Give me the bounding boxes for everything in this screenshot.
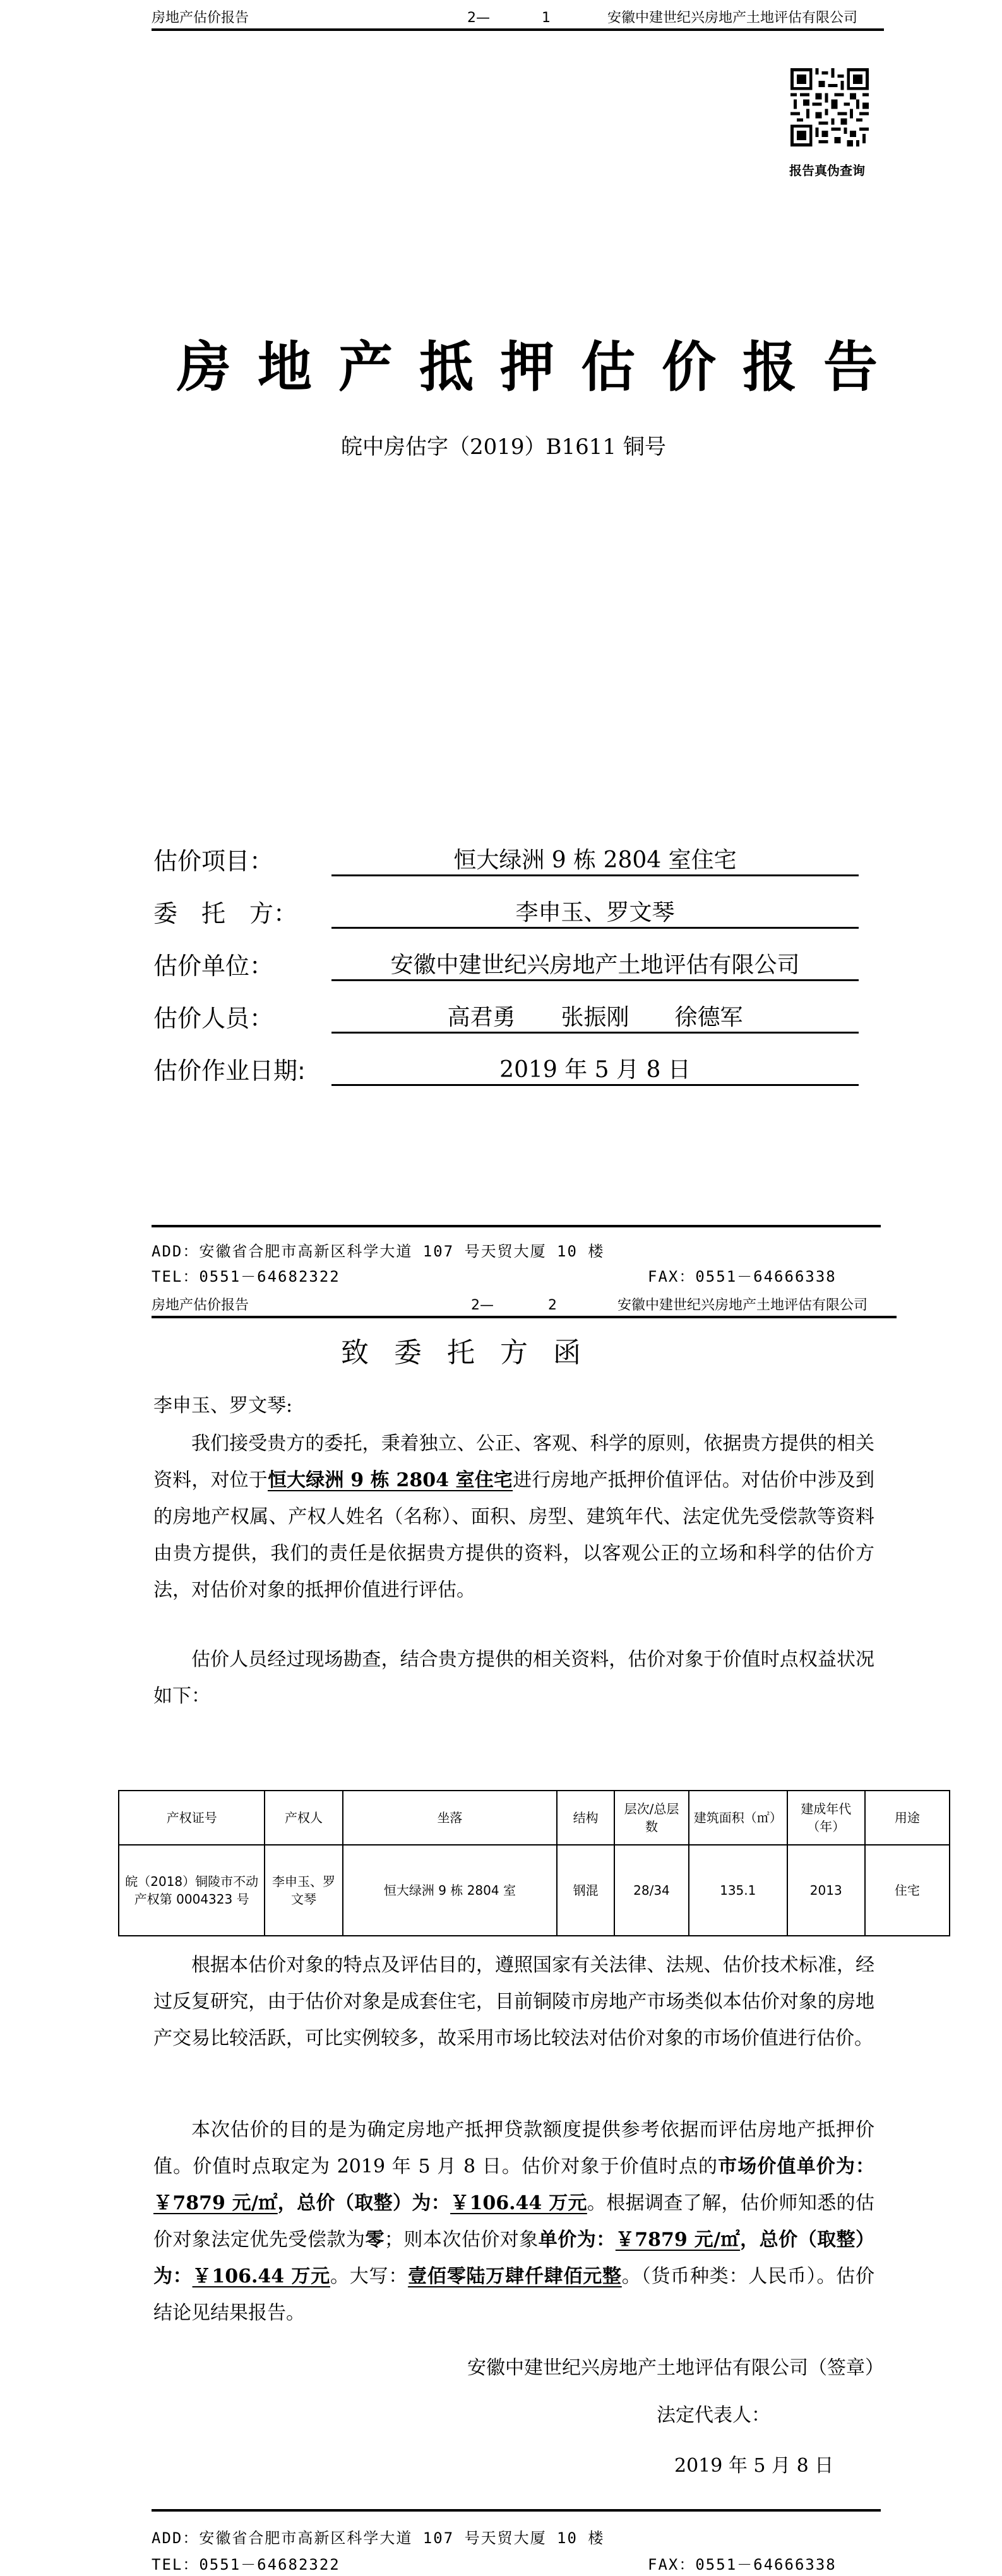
info-row-appraisers: 估价人员： 高君勇 张振刚 徐德军 bbox=[153, 1002, 859, 1034]
info-value-field: 2019 年 5 月 8 日 bbox=[331, 1052, 859, 1086]
info-row-date: 估价作业日期: 2019 年 5 月 8 日 bbox=[153, 1054, 859, 1086]
signature-date: 2019 年 5 月 8 日 bbox=[674, 2450, 833, 2478]
subject-property: 恒大绿洲 9 栋 2804 室住宅 bbox=[268, 1469, 513, 1491]
footer-fax: FAX：0551－64666338 bbox=[648, 2552, 837, 2574]
footer-rule bbox=[152, 2509, 881, 2512]
cell-use: 住宅 bbox=[865, 1845, 950, 1936]
table-header: 产权证号 bbox=[119, 1791, 265, 1845]
qr-code-icon[interactable] bbox=[790, 68, 869, 146]
header-company: 安徽中建世纪兴房地产土地评估有限公司 bbox=[617, 1297, 868, 1314]
header-rule bbox=[152, 28, 884, 31]
info-label: 估价作业日期: bbox=[153, 1051, 330, 1086]
property-table: 产权证号 产权人 坐落 结构 层次/总层数 建筑面积（㎡） 建成年代（年） 用途… bbox=[118, 1790, 950, 1936]
info-value: 安徽中建世纪兴房地产土地评估有限公司 bbox=[390, 951, 799, 979]
footer-address: ADD：安徽省合肥市高新区科学大道 107 号天贸大厦 10 楼 bbox=[152, 1239, 604, 1261]
qr-label: 报告真伪查询 bbox=[789, 160, 865, 179]
unit-price: ￥7879 元/㎡ bbox=[616, 2229, 740, 2251]
header-page-number: 2 bbox=[548, 1297, 557, 1314]
header-company: 安徽中建世纪兴房地产土地评估有限公司 bbox=[607, 10, 857, 27]
cell-year: 2013 bbox=[787, 1845, 865, 1936]
info-label: 委 托 方： bbox=[153, 894, 330, 929]
paragraph-valuation: 本次估价的目的是为确定房地产抵押贷款额度提供参考依据而评估房地产抵押价值。价值时… bbox=[153, 2112, 874, 2332]
paragraph-intro: 我们接受贵方的委托，秉着独立、公正、客观、科学的原则，依据贵方提供的相关资料，对… bbox=[153, 1426, 874, 1609]
cell-cert-no: 皖（2018）铜陵市不动产权第 0004323 号 bbox=[119, 1845, 265, 1936]
capital-amount: 壹佰零陆万肆仟肆佰元整 bbox=[408, 2265, 622, 2287]
header-doc-type: 房地产估价报告 bbox=[152, 10, 249, 27]
signature-legal-rep: 法定代表人： bbox=[657, 2399, 770, 2427]
text: 市场价值单价为： bbox=[718, 2156, 874, 2178]
total-price: ￥106.44 万元 bbox=[450, 2192, 587, 2214]
report-title: 房地产抵押估价报告 bbox=[177, 323, 904, 402]
footer-fax: FAX：0551－64666338 bbox=[648, 1264, 837, 1286]
footer-tel: TEL：0551－64682322 bbox=[152, 2552, 340, 2574]
info-value-field: 恒大绿洲 9 栋 2804 室住宅 bbox=[331, 843, 859, 876]
info-label: 估价人员： bbox=[153, 999, 330, 1034]
text: ，总价（取整）为： bbox=[278, 2192, 450, 2214]
footer-tel: TEL：0551－64682322 bbox=[152, 1264, 340, 1286]
text: 。大写： bbox=[330, 2265, 408, 2287]
signature-company: 安徽中建世纪兴房地产土地评估有限公司（签章） bbox=[467, 2352, 884, 2380]
header-doc-type: 房地产估价报告 bbox=[152, 1297, 249, 1314]
cell-location: 恒大绿洲 9 栋 2804 室 bbox=[343, 1845, 558, 1936]
footer-address: ADD：安徽省合肥市高新区科学大道 107 号天贸大厦 10 楼 bbox=[152, 2525, 604, 2548]
total-price: ￥106.44 万元 bbox=[193, 2265, 330, 2287]
info-value: 李申玉、罗文琴 bbox=[515, 899, 674, 927]
table-header: 用途 bbox=[865, 1791, 950, 1845]
table-header: 结构 bbox=[557, 1791, 614, 1845]
paragraph-status: 估价人员经过现场勘查，结合贵方提供的相关资料，估价对象于价值时点权益状况如下： bbox=[153, 1642, 874, 1715]
table-header: 建成年代（年） bbox=[787, 1791, 865, 1845]
table-row: 皖（2018）铜陵市不动产权第 0004323 号 李申玉、罗文琴 恒大绿洲 9… bbox=[119, 1845, 950, 1936]
header-page-number: 1 bbox=[542, 10, 551, 27]
text: ；则本次估价对象 bbox=[385, 2229, 539, 2251]
cell-owner: 李申玉、罗文琴 bbox=[265, 1845, 342, 1936]
cell-floor: 28/34 bbox=[614, 1845, 689, 1936]
info-value: 2019 年 5 月 8 日 bbox=[499, 1056, 691, 1084]
info-label: 估价项目： bbox=[153, 842, 330, 876]
text: 零 bbox=[365, 2229, 385, 2251]
table-header: 坐落 bbox=[343, 1791, 558, 1845]
table-header: 产权人 bbox=[265, 1791, 342, 1845]
header-rule bbox=[152, 1316, 897, 1318]
table-header: 建筑面积（㎡） bbox=[689, 1791, 787, 1845]
info-value-field: 高君勇 张振刚 徐德军 bbox=[331, 1000, 859, 1034]
header-page-prefix: 2— bbox=[471, 1297, 494, 1314]
info-value: 恒大绿洲 9 栋 2804 室住宅 bbox=[453, 847, 736, 874]
letter-addressee: 李申玉、罗文琴: bbox=[153, 1392, 292, 1420]
table-header: 层次/总层数 bbox=[614, 1791, 689, 1845]
text: 单价为： bbox=[539, 2229, 616, 2251]
info-row-project: 估价项目： 恒大绿洲 9 栋 2804 室住宅 bbox=[153, 845, 859, 876]
cell-area: 135.1 bbox=[689, 1845, 787, 1936]
info-label: 估价单位： bbox=[153, 946, 330, 981]
info-value-field: 李申玉、罗文琴 bbox=[331, 895, 859, 929]
info-value-field: 安徽中建世纪兴房地产土地评估有限公司 bbox=[331, 948, 859, 981]
info-row-client: 委 托 方： 李申玉、罗文琴 bbox=[153, 897, 859, 929]
header-page-prefix: 2— bbox=[467, 10, 490, 27]
table-header-row: 产权证号 产权人 坐落 结构 层次/总层数 建筑面积（㎡） 建成年代（年） 用途 bbox=[119, 1791, 950, 1845]
cell-structure: 钢混 bbox=[557, 1845, 614, 1936]
letter-title: 致委托方函 bbox=[341, 1330, 606, 1370]
report-number: 皖中房估字（2019）B1611 铜号 bbox=[341, 429, 666, 460]
unit-price: ￥7879 元/㎡ bbox=[153, 2192, 278, 2214]
paragraph-method: 根据本估价对象的特点及评估目的，遵照国家有关法律、法规、估价技术标准，经过反复研… bbox=[153, 1947, 874, 2057]
footer-rule bbox=[152, 1225, 881, 1227]
info-row-appraiser-firm: 估价单位： 安徽中建世纪兴房地产土地评估有限公司 bbox=[153, 950, 859, 981]
info-value: 高君勇 张振刚 徐德军 bbox=[447, 1004, 743, 1032]
